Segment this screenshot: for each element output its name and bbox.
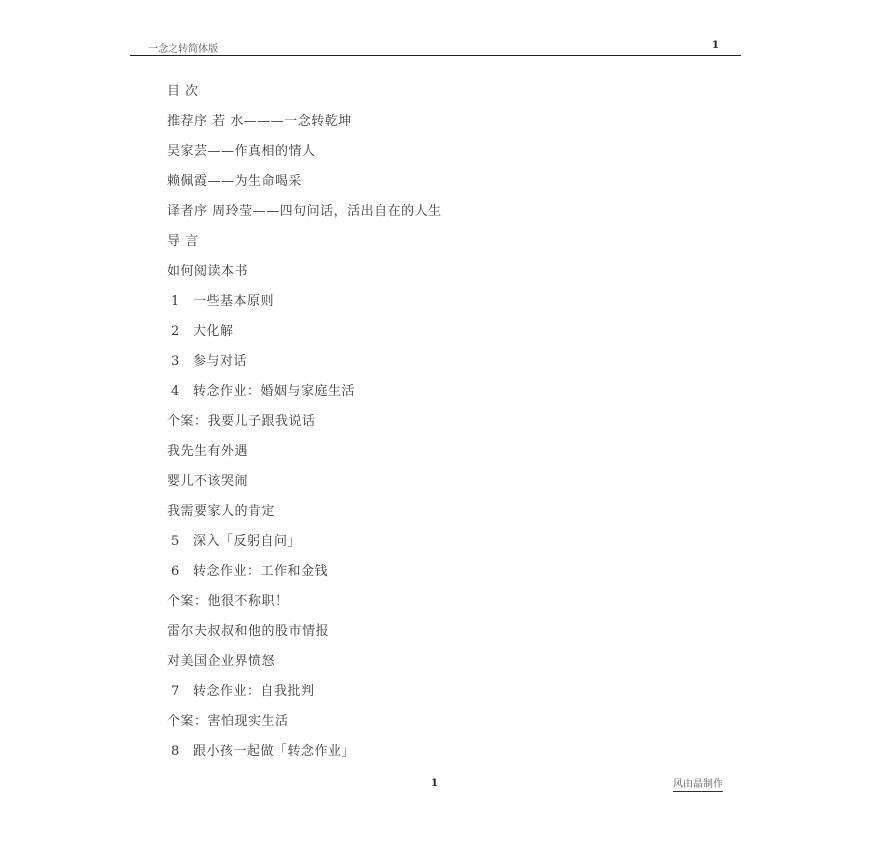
header-page-number: 1 (712, 40, 719, 51)
toc-entry-text: 赖佩霞——为生命喝采 (167, 174, 302, 189)
toc-entry[interactable]: 导 言 (167, 232, 442, 262)
toc-entry[interactable]: 个案：他很不称职！ (167, 592, 442, 622)
chapter-number: 8 (167, 742, 193, 762)
page-header: 一念之转简体版 1 (130, 40, 741, 56)
toc-entry[interactable]: 雷尔夫叔叔和他的股市情报 (167, 622, 442, 652)
toc-entry[interactable]: 5深入「反躬自问」 (167, 532, 442, 562)
header-title: 一念之转简体版 (148, 40, 218, 55)
toc-entry[interactable]: 6转念作业：工作和金钱 (167, 562, 442, 592)
toc-entry[interactable]: 推荐序 若 水———一念转乾坤 (167, 112, 442, 142)
toc-entry-text: 我先生有外遇 (167, 444, 248, 459)
toc-entry-text: 雷尔夫叔叔和他的股市情报 (167, 624, 329, 639)
footer-page-number: 1 (431, 778, 438, 789)
toc-entry[interactable]: 对美国企业界愤怒 (167, 652, 442, 682)
toc-entry[interactable]: 吴家芸——作真相的情人 (167, 142, 442, 172)
toc-entry-text: 导 言 (167, 234, 199, 249)
chapter-number: 7 (167, 682, 193, 702)
toc-entry[interactable]: 个案：我要儿子跟我说话 (167, 412, 442, 442)
toc-entry-text: 如何阅读本书 (167, 264, 248, 279)
toc-entry-text: 婴儿不该哭闹 (167, 474, 248, 489)
table-of-contents: 目 次 推荐序 若 水———一念转乾坤 吴家芸——作真相的情人 赖佩霞——为生命… (167, 82, 442, 772)
toc-entry[interactable]: 4转念作业：婚姻与家庭生活 (167, 382, 442, 412)
toc-entry-text: 参与对话 (193, 354, 247, 369)
toc-entry-text: 大化解 (193, 324, 234, 339)
toc-entry-text: 转念作业：婚姻与家庭生活 (193, 384, 355, 399)
toc-entry[interactable]: 2大化解 (167, 322, 442, 352)
toc-entry[interactable]: 我需要家人的肯定 (167, 502, 442, 532)
chapter-number: 4 (167, 382, 193, 402)
toc-entry[interactable]: 7转念作业：自我批判 (167, 682, 442, 712)
toc-entry-text: 深入「反躬自问」 (193, 534, 301, 549)
toc-entry-text: 个案：害怕现实生活 (167, 714, 289, 729)
toc-entry[interactable]: 1一些基本原则 (167, 292, 442, 322)
toc-entry[interactable]: 8跟小孩一起做「转念作业」 (167, 742, 442, 772)
chapter-number: 5 (167, 532, 193, 552)
toc-entry[interactable]: 婴儿不该哭闹 (167, 472, 442, 502)
toc-entry-text: 个案：我要儿子跟我说话 (167, 414, 316, 429)
chapter-number: 3 (167, 352, 193, 372)
toc-entry[interactable]: 3参与对话 (167, 352, 442, 382)
chapter-number: 1 (167, 292, 193, 312)
footer-credit: 风由晶制作 (673, 779, 723, 792)
toc-entry-text: 推荐序 若 水———一念转乾坤 (167, 114, 352, 129)
toc-heading: 目 次 (167, 82, 442, 112)
toc-entry[interactable]: 我先生有外遇 (167, 442, 442, 472)
toc-entry-text: 个案：他很不称职！ (167, 594, 289, 609)
toc-entry[interactable]: 如何阅读本书 (167, 262, 442, 292)
toc-entry-text: 译者序 周玲莹——四句问话，活出自在的人生 (167, 204, 442, 219)
chapter-number: 6 (167, 562, 193, 582)
toc-entry-text: 一些基本原则 (193, 294, 274, 309)
toc-entry-text: 对美国企业界愤怒 (167, 654, 275, 669)
toc-entry-text: 我需要家人的肯定 (167, 504, 275, 519)
toc-entry[interactable]: 个案：害怕现实生活 (167, 712, 442, 742)
toc-heading-text: 目 次 (167, 84, 199, 99)
toc-entry-text: 转念作业：工作和金钱 (193, 564, 328, 579)
toc-entry[interactable]: 译者序 周玲莹——四句问话，活出自在的人生 (167, 202, 442, 232)
toc-entry-text: 吴家芸——作真相的情人 (167, 144, 316, 159)
toc-entry-text: 转念作业：自我批判 (193, 684, 315, 699)
toc-entry[interactable]: 赖佩霞——为生命喝采 (167, 172, 442, 202)
chapter-number: 2 (167, 322, 193, 342)
toc-entry-text: 跟小孩一起做「转念作业」 (193, 744, 355, 759)
